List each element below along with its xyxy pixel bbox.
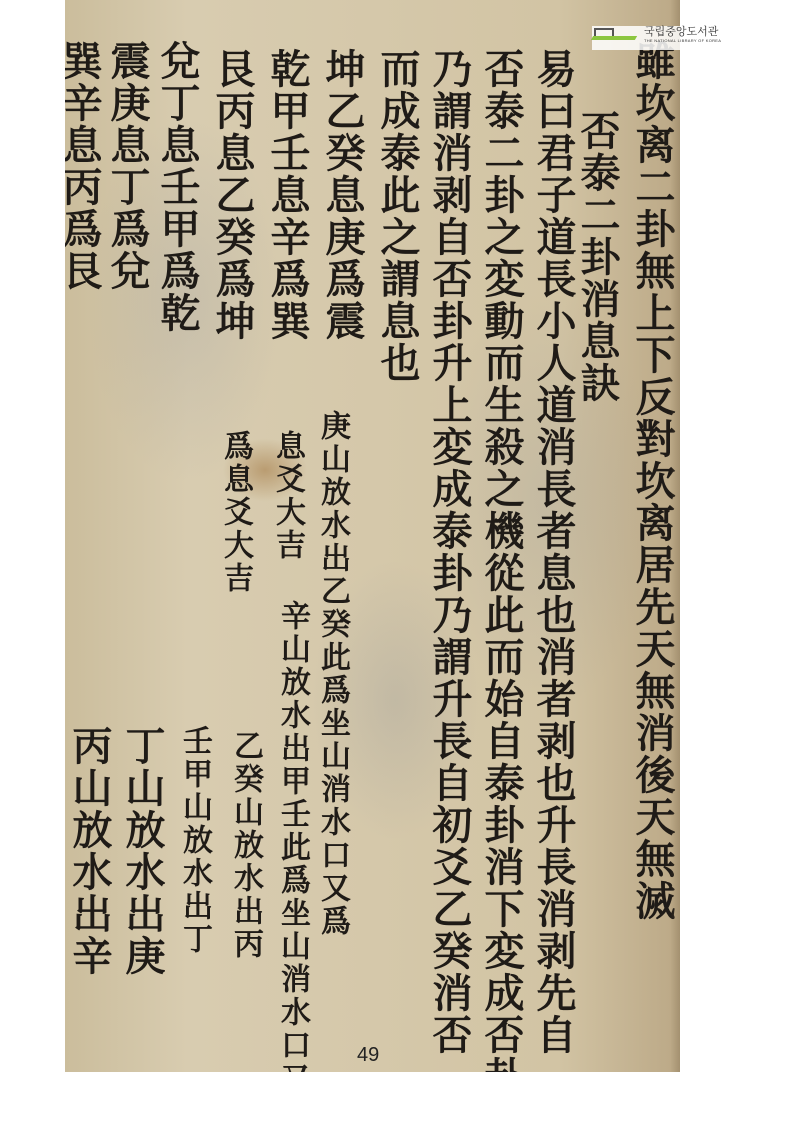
manuscript-page: 雖坎离二卦無上下反對坎离居先天無消後天無滅 否泰二卦消息訣 易曰君子道長小人道消… (65, 0, 680, 1072)
text-column-14: 爲息爻大吉 (218, 430, 252, 595)
text-column-17: 丁山放水出庚 (120, 725, 164, 977)
text-column-13: 艮丙息乙癸爲坤 (210, 48, 254, 342)
text-column-15: 壬甲山放水出丁 (177, 725, 211, 956)
text-column-5: 乃謂消剥自否卦升上変成泰卦乃謂升長自初爻乙癸消否 (427, 48, 471, 1056)
text-column-4: 否泰二卦之変動而生殺之機從此而始自泰卦消下変成否卦 (479, 48, 523, 1072)
text-column-8: 坤乙癸息庚爲震 (320, 48, 364, 342)
library-logo-icon (592, 26, 644, 42)
text-column-7: 庚山放水出乙癸此爲坐山消水口又爲 (315, 410, 349, 938)
text-column-11: 息爻大吉 (270, 430, 304, 562)
text-column-12: 乙癸山放水出丙 (228, 730, 262, 961)
page-number: 49 (357, 1044, 379, 1067)
text-column-16: 兌丁息壬甲爲乾 (155, 40, 199, 334)
text-column-2: 否泰二卦消息訣 (575, 110, 619, 404)
text-column-18: 震庚息丁爲兌 (105, 40, 149, 292)
text-column-9: 辛山放水出甲壬此爲坐山消水口又 (275, 600, 309, 1072)
text-column-3: 易曰君子道長小人道消長者息也消者剥也升長消剥先自 (531, 48, 575, 1056)
text-column-19: 丙山放水出辛 (67, 725, 111, 977)
library-name-korean: 국립중앙도서관 (644, 26, 721, 37)
text-column-10: 乾甲壬息辛爲巽 (265, 48, 309, 342)
text-column-6: 而成泰此之謂息也 (375, 48, 419, 384)
library-watermark: 국립중앙도서관 THE NATIONAL LIBRARY OF KOREA (592, 26, 732, 50)
text-column-20: 巽辛息丙爲艮 (65, 40, 101, 292)
text-column-1: 雖坎离二卦無上下反對坎离居先天無消後天無滅 (630, 40, 674, 922)
library-name-english: THE NATIONAL LIBRARY OF KOREA (644, 39, 721, 43)
